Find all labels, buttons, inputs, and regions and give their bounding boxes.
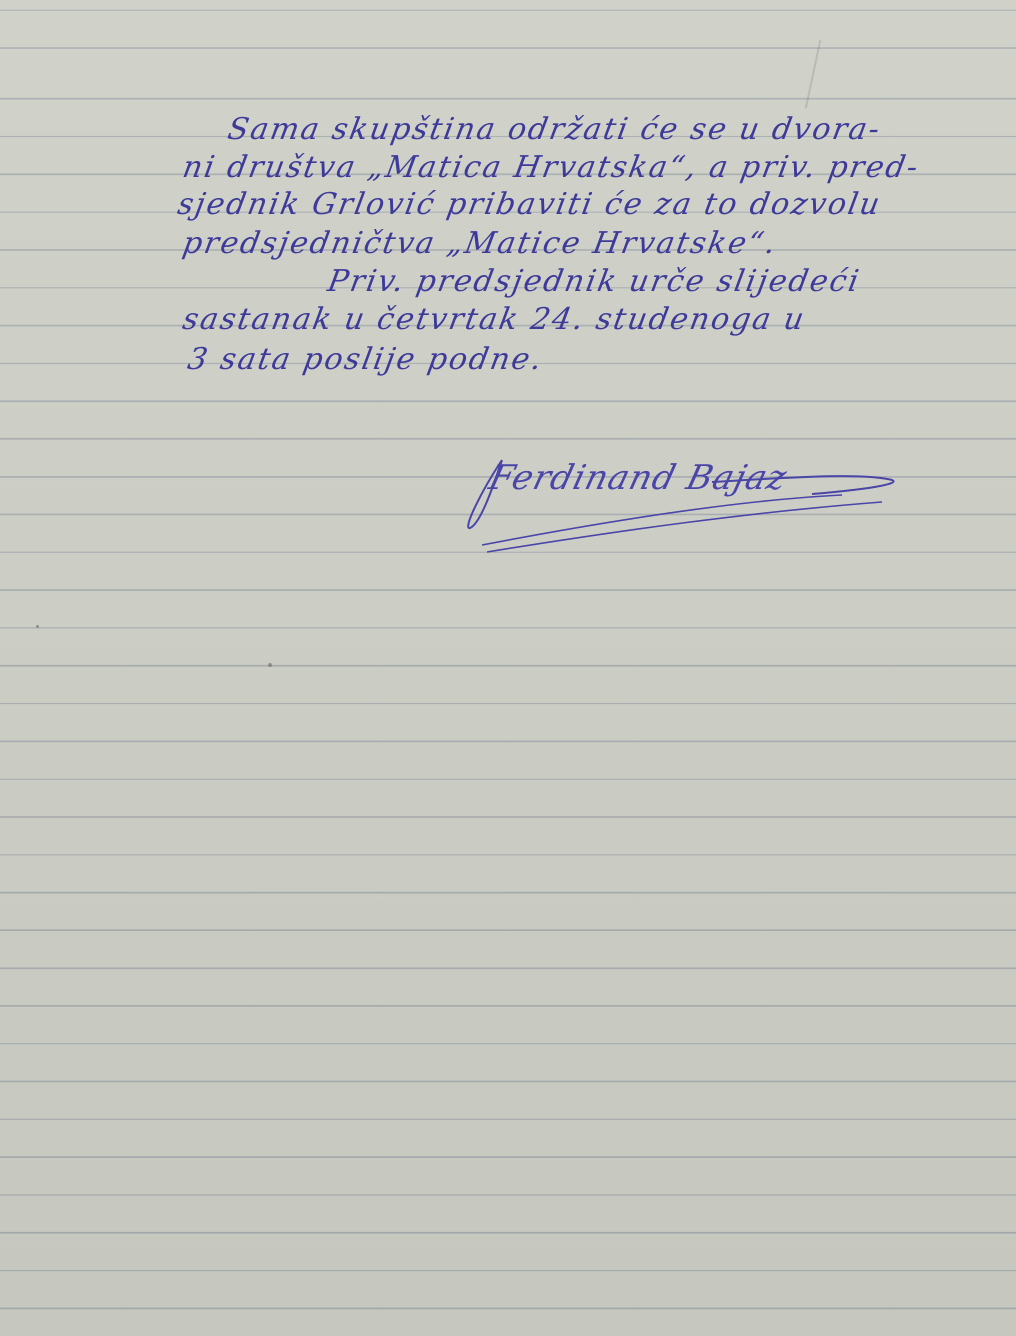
ink-speck xyxy=(36,625,39,628)
handwritten-line-7: 3 sata poslije podne. xyxy=(185,342,546,377)
signature-text: Ferdinand Bajaz xyxy=(485,458,791,498)
handwritten-line-5: Priv. predsjednik urče slijedeći xyxy=(325,264,863,299)
handwritten-line-1: Sama skupština održati će se u dvora- xyxy=(225,112,884,147)
lined-paper-page: Sama skupština održati će se u dvora- ni… xyxy=(0,0,1016,1336)
paper-crease xyxy=(805,40,829,111)
handwritten-line-6: sastanak u četvrtak 24. studenoga u xyxy=(180,302,808,337)
signature: Ferdinand Bajaz xyxy=(462,450,902,560)
handwritten-line-3: sjednik Grlović pribaviti će za to dozvo… xyxy=(175,187,884,222)
ink-speck xyxy=(268,663,272,667)
handwritten-line-2: ni društva „Matica Hrvatska“, a priv. pr… xyxy=(180,150,922,185)
handwritten-line-4: predsjedničtva „Matice Hrvatske“. xyxy=(180,226,780,261)
